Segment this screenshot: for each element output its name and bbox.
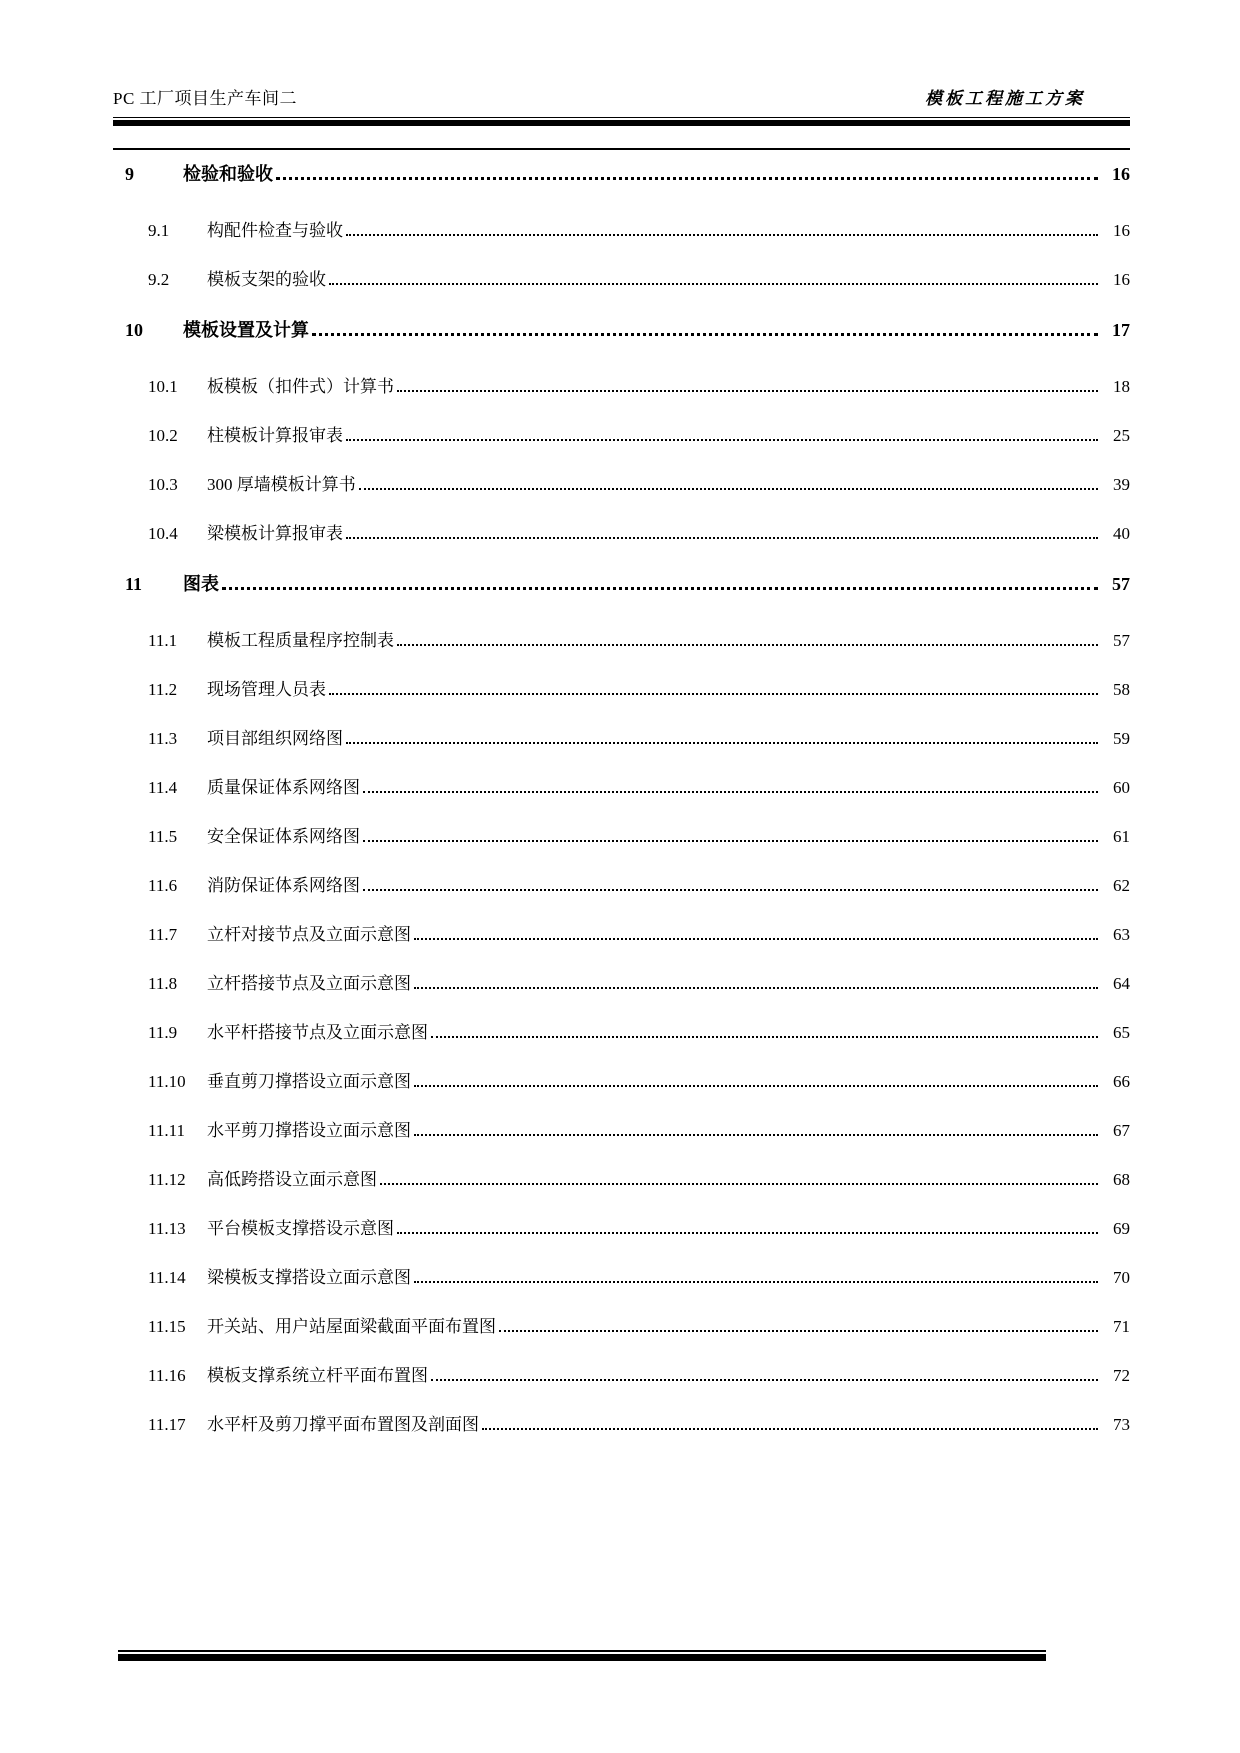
toc-entry[interactable]: 9 检验和验收 16 [113,162,1130,186]
toc-entry-page: 64 [1104,973,1130,995]
toc-entry-title: 现场管理人员表 [207,679,326,701]
toc-dot-leader [329,693,1098,695]
toc-entry-number: 11.16 [113,1365,207,1387]
toc-entry[interactable]: 11.6 消防保证体系网络图 62 [113,875,1130,897]
toc-entry-number: 11.3 [113,728,207,750]
toc-entry[interactable]: 11 图表 57 [113,572,1130,596]
toc-entry[interactable]: 11.9 水平杆搭接节点及立面示意图 65 [113,1022,1130,1044]
toc-dot-leader [414,938,1098,940]
toc-entry[interactable]: 10.4 梁模板计算报审表 40 [113,523,1130,545]
toc-entry-page: 60 [1104,777,1130,799]
toc-entry-title: 高低跨搭设立面示意图 [207,1169,377,1191]
toc-entry-title: 模板支撑系统立杆平面布置图 [207,1365,428,1387]
toc-dot-leader [499,1330,1098,1332]
toc-entry[interactable]: 11.15 开关站、用户站屋面梁截面平面布置图 71 [113,1316,1130,1338]
toc-entry-page: 71 [1104,1316,1130,1338]
toc-entry[interactable]: 10 模板设置及计算 17 [113,318,1130,342]
toc-dot-leader [414,1085,1098,1087]
toc-entry-number: 9 [113,162,183,186]
toc-entry-number: 11.17 [113,1414,207,1436]
toc-entry-title: 检验和验收 [183,162,273,186]
toc-entry[interactable]: 11.13 平台模板支撑搭设示意图 69 [113,1218,1130,1240]
header-rule-thin-line [113,117,1130,118]
toc-entry-title: 水平杆搭接节点及立面示意图 [207,1022,428,1044]
toc-entry-title: 梁模板计算报审表 [207,523,343,545]
toc-entry[interactable]: 11.17 水平杆及剪刀撑平面布置图及剖面图 73 [113,1414,1130,1436]
toc-entry-page: 63 [1104,924,1130,946]
toc-dot-leader [397,390,1098,392]
toc-dot-leader [222,587,1098,590]
toc-dot-leader [397,644,1098,646]
toc-entry-page: 68 [1104,1169,1130,1191]
toc-entry-number: 11.8 [113,973,207,995]
toc-entry-title: 项目部组织网络图 [207,728,343,750]
toc-entry-title: 模板工程质量程序控制表 [207,630,394,652]
toc-entry-page: 70 [1104,1267,1130,1289]
toc-entry-number: 11.14 [113,1267,207,1289]
toc-dot-leader [363,840,1098,842]
toc-entry-number: 10.2 [113,425,207,447]
toc-entry[interactable]: 11.12 高低跨搭设立面示意图 68 [113,1169,1130,1191]
toc-entry-number: 10.3 [113,474,207,496]
toc-dot-leader [397,1232,1098,1234]
toc-top-border [113,148,1130,150]
toc-dot-leader [346,742,1098,744]
toc-entry-page: 62 [1104,875,1130,897]
toc-entry[interactable]: 10.3 300 厚墙模板计算书 39 [113,474,1130,496]
toc-entry-number: 11.11 [113,1120,207,1142]
toc-entry-title: 水平剪刀撑搭设立面示意图 [207,1120,411,1142]
footer-rule-thin-line [118,1650,1046,1652]
toc-entry-page: 16 [1104,269,1130,291]
toc-dot-leader [346,439,1098,441]
toc-entry[interactable]: 11.16 模板支撑系统立杆平面布置图 72 [113,1365,1130,1387]
toc-entry-title: 模板支架的验收 [207,269,326,291]
document-page: PC 工厂项目生产车间二 模板工程施工方案 9 检验和验收 16 9.1 构配件… [0,0,1240,1753]
toc-entry-page: 39 [1104,474,1130,496]
toc-entry-number: 11.2 [113,679,207,701]
toc-entry-number: 11.4 [113,777,207,799]
toc-dot-leader [414,1281,1098,1283]
toc-dot-leader [329,283,1098,285]
toc-entry-page: 57 [1104,572,1130,596]
toc-dot-leader [380,1183,1098,1185]
toc-entry-number: 9.2 [113,269,207,291]
header-project-title: PC 工厂项目生产车间二 [113,84,297,109]
toc-entry-number: 10.4 [113,523,207,545]
toc-entry-title: 300 厚墙模板计算书 [207,474,356,496]
toc-entry-title: 图表 [183,572,219,596]
toc-dot-leader [312,333,1098,336]
toc-entry[interactable]: 11.14 梁模板支撑搭设立面示意图 70 [113,1267,1130,1289]
toc-entry-page: 16 [1104,162,1130,186]
toc-entry-number: 11.12 [113,1169,207,1191]
toc-entry-page: 25 [1104,425,1130,447]
toc-entry-page: 73 [1104,1414,1130,1436]
toc-dot-leader [431,1036,1098,1038]
toc-entry-number: 11.5 [113,826,207,848]
toc-entry-number: 11.6 [113,875,207,897]
toc-entry-page: 58 [1104,679,1130,701]
toc-entry-number: 10.1 [113,376,207,398]
toc-dot-leader [359,488,1098,490]
toc-entry-number: 11.7 [113,924,207,946]
toc-entry[interactable]: 10.2 柱模板计算报审表 25 [113,425,1130,447]
toc-entry-title: 平台模板支撑搭设示意图 [207,1218,394,1240]
toc-entry-number: 11.13 [113,1218,207,1240]
toc-entry-page: 65 [1104,1022,1130,1044]
toc-entry-page: 59 [1104,728,1130,750]
toc-entry-number: 11.10 [113,1071,207,1093]
toc-entry-page: 57 [1104,630,1130,652]
toc-entry[interactable]: 11.1 模板工程质量程序控制表 57 [113,630,1130,652]
toc-entry-number: 11.1 [113,630,207,652]
toc-entry-title: 模板设置及计算 [183,318,309,342]
toc-entry[interactable]: 11.4 质量保证体系网络图 60 [113,777,1130,799]
toc-entry-page: 16 [1104,220,1130,242]
toc-entry-number: 11 [113,572,183,596]
toc-entry-number: 11.9 [113,1022,207,1044]
toc-entry-title: 柱模板计算报审表 [207,425,343,447]
toc-entry-number: 11.15 [113,1316,207,1338]
toc-entry-page: 69 [1104,1218,1130,1240]
toc-entry-title: 水平杆及剪刀撑平面布置图及剖面图 [207,1414,479,1436]
toc-entry[interactable]: 11.2 现场管理人员表 58 [113,679,1130,701]
toc-entry-page: 66 [1104,1071,1130,1093]
toc-dot-leader [276,177,1098,180]
table-of-contents: 9 检验和验收 16 9.1 构配件检查与验收 16 9.2 模板支架的验收 1… [113,148,1130,1463]
toc-entry-number: 9.1 [113,220,207,242]
toc-entry-page: 61 [1104,826,1130,848]
toc-dot-leader [363,889,1098,891]
toc-dot-leader [346,234,1098,236]
toc-entry-title: 梁模板支撑搭设立面示意图 [207,1267,411,1289]
toc-dot-leader [346,537,1098,539]
toc-entry[interactable]: 11.7 立杆对接节点及立面示意图 63 [113,924,1130,946]
footer-rule-thick-line [118,1654,1046,1661]
toc-dot-leader [414,1134,1098,1136]
toc-dot-leader [363,791,1098,793]
toc-entry-page: 18 [1104,376,1130,398]
toc-entry-title: 消防保证体系网络图 [207,875,360,897]
toc-entry-title: 安全保证体系网络图 [207,826,360,848]
toc-list: 9 检验和验收 16 9.1 构配件检查与验收 16 9.2 模板支架的验收 1… [113,162,1130,1436]
footer-rule [118,1650,1046,1661]
toc-entry[interactable]: 9.1 构配件检查与验收 16 [113,220,1130,242]
toc-dot-leader [431,1379,1098,1381]
toc-dot-leader [414,987,1098,989]
toc-entry-number: 10 [113,318,183,342]
toc-entry-page: 40 [1104,523,1130,545]
toc-entry-title: 立杆搭接节点及立面示意图 [207,973,411,995]
toc-dot-leader [482,1428,1098,1430]
toc-entry[interactable]: 9.2 模板支架的验收 16 [113,269,1130,291]
header-rule-thick-line [113,120,1130,126]
toc-entry-page: 67 [1104,1120,1130,1142]
toc-entry-title: 板模板（扣件式）计算书 [207,376,394,398]
toc-entry-title: 质量保证体系网络图 [207,777,360,799]
toc-entry-page: 72 [1104,1365,1130,1387]
header-document-title: 模板工程施工方案 [925,84,1130,109]
page-header: PC 工厂项目生产车间二 模板工程施工方案 [113,84,1130,109]
toc-entry[interactable]: 11.3 项目部组织网络图 59 [113,728,1130,750]
toc-entry-title: 构配件检查与验收 [207,220,343,242]
toc-entry-title: 开关站、用户站屋面梁截面平面布置图 [207,1316,496,1338]
toc-entry[interactable]: 10.1 板模板（扣件式）计算书 18 [113,376,1130,398]
toc-entry-page: 17 [1104,318,1130,342]
toc-entry-title: 垂直剪刀撑搭设立面示意图 [207,1071,411,1093]
toc-entry-title: 立杆对接节点及立面示意图 [207,924,411,946]
toc-entry[interactable]: 11.10 垂直剪刀撑搭设立面示意图 66 [113,1071,1130,1093]
toc-entry[interactable]: 11.5 安全保证体系网络图 61 [113,826,1130,848]
header-rule [113,117,1130,126]
toc-entry[interactable]: 11.11 水平剪刀撑搭设立面示意图 67 [113,1120,1130,1142]
toc-entry[interactable]: 11.8 立杆搭接节点及立面示意图 64 [113,973,1130,995]
